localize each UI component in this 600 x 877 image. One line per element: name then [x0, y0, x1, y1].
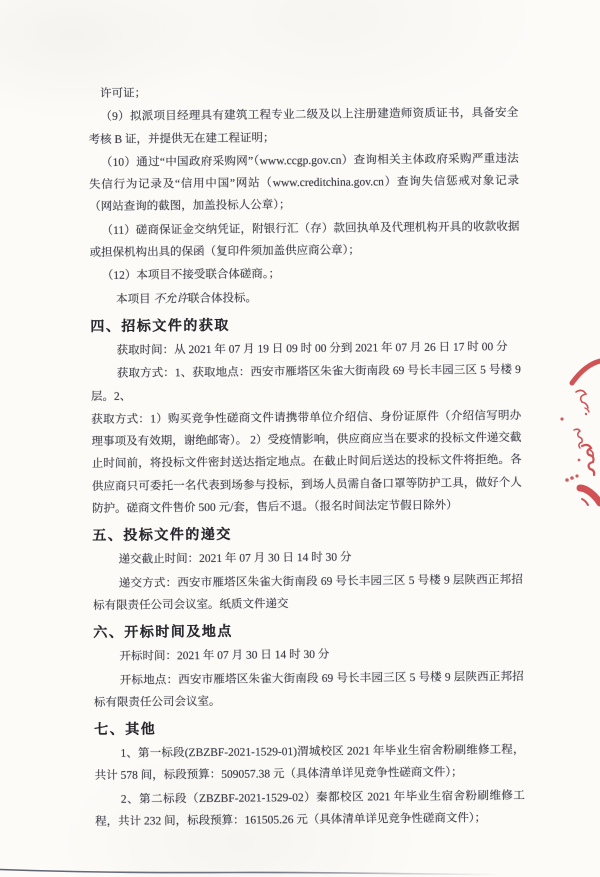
section-4-obtain-time: 获取时间：从 2021 年 07 月 19 日 09 时 00 分到 2021 … [90, 336, 520, 362]
section-7-lot-1: 1、第一标段(ZBZBF-2021-1529-01)渭城校区 2021 年毕业生… [94, 739, 524, 788]
clause-9: （9）拟派项目经理具有建筑工程专业二级及以上注册建造师资质证书，具备安全考核 B… [88, 102, 518, 151]
clause-11: （11）磋商保证金交纳凭证，附银行汇（存）款回执单及代理机构开具的收款收据或担保… [89, 216, 519, 265]
section-6-heading: 六、开标时间及地点 [93, 617, 523, 644]
section-6-open-place: 开标地点：西安市雁塔区朱雀大街南段 69 号长丰园三区 5 号楼 9 层陕西正邦… [94, 665, 524, 714]
section-5-method: 递交方式：西安市雁塔区朱雀大街南段 69 号长丰园三区 5 号楼 9 层陕西正邦… [93, 569, 523, 618]
clause-10: （10）通过“中国政府采购网”（www.ccgp.gov.cn）查询相关主体政府… [89, 148, 520, 219]
section-4-obtain-method-2: 获取方式：1）购买竞争性磋商文件请携带单位介绍信、身份证原件（介绍信写明办理事项… [91, 405, 522, 521]
section-7-lot-2: 2、第二标段（ZBZBF-2021-1529-02）秦都校区 2021 年毕业生… [95, 785, 525, 834]
no-joint-italic: 不允许 [153, 293, 188, 305]
section-7-heading: 七、其他 [94, 714, 524, 741]
section-5-deadline: 递交截止时间：2021 年 07 月 30 日 14 时 30 分 [92, 545, 522, 571]
licence-continuation-line: 许可证； [88, 79, 518, 105]
clause-12: （12）本项目不接受联合体磋商。； [90, 261, 520, 287]
no-joint-prefix: 本项目 [116, 293, 153, 305]
section-5-heading: 五、投标文件的递交 [92, 520, 522, 547]
section-4-heading: 四、招标文件的获取 [90, 311, 520, 338]
section-4-obtain-method-1: 获取方式：1、获取地点：西安市雁塔区朱雀大街南段 69 号长丰园三区 5 号楼 … [91, 359, 521, 408]
section-6-open-time: 开标时间：2021 年 07 月 30 日 14 时 30 分 [93, 642, 523, 668]
partial-red-seal-icon [552, 356, 600, 510]
tender-notice-text: 许可证； （9）拟派项目经理具有建筑工程专业二级及以上注册建造师资质证书，具备安… [88, 78, 525, 834]
no-joint-bid-note: 本项目 不允许联合体投标。 [90, 285, 520, 311]
no-joint-suffix: 联合体投标。 [188, 292, 257, 305]
scan-page-edge-line [0, 865, 600, 877]
